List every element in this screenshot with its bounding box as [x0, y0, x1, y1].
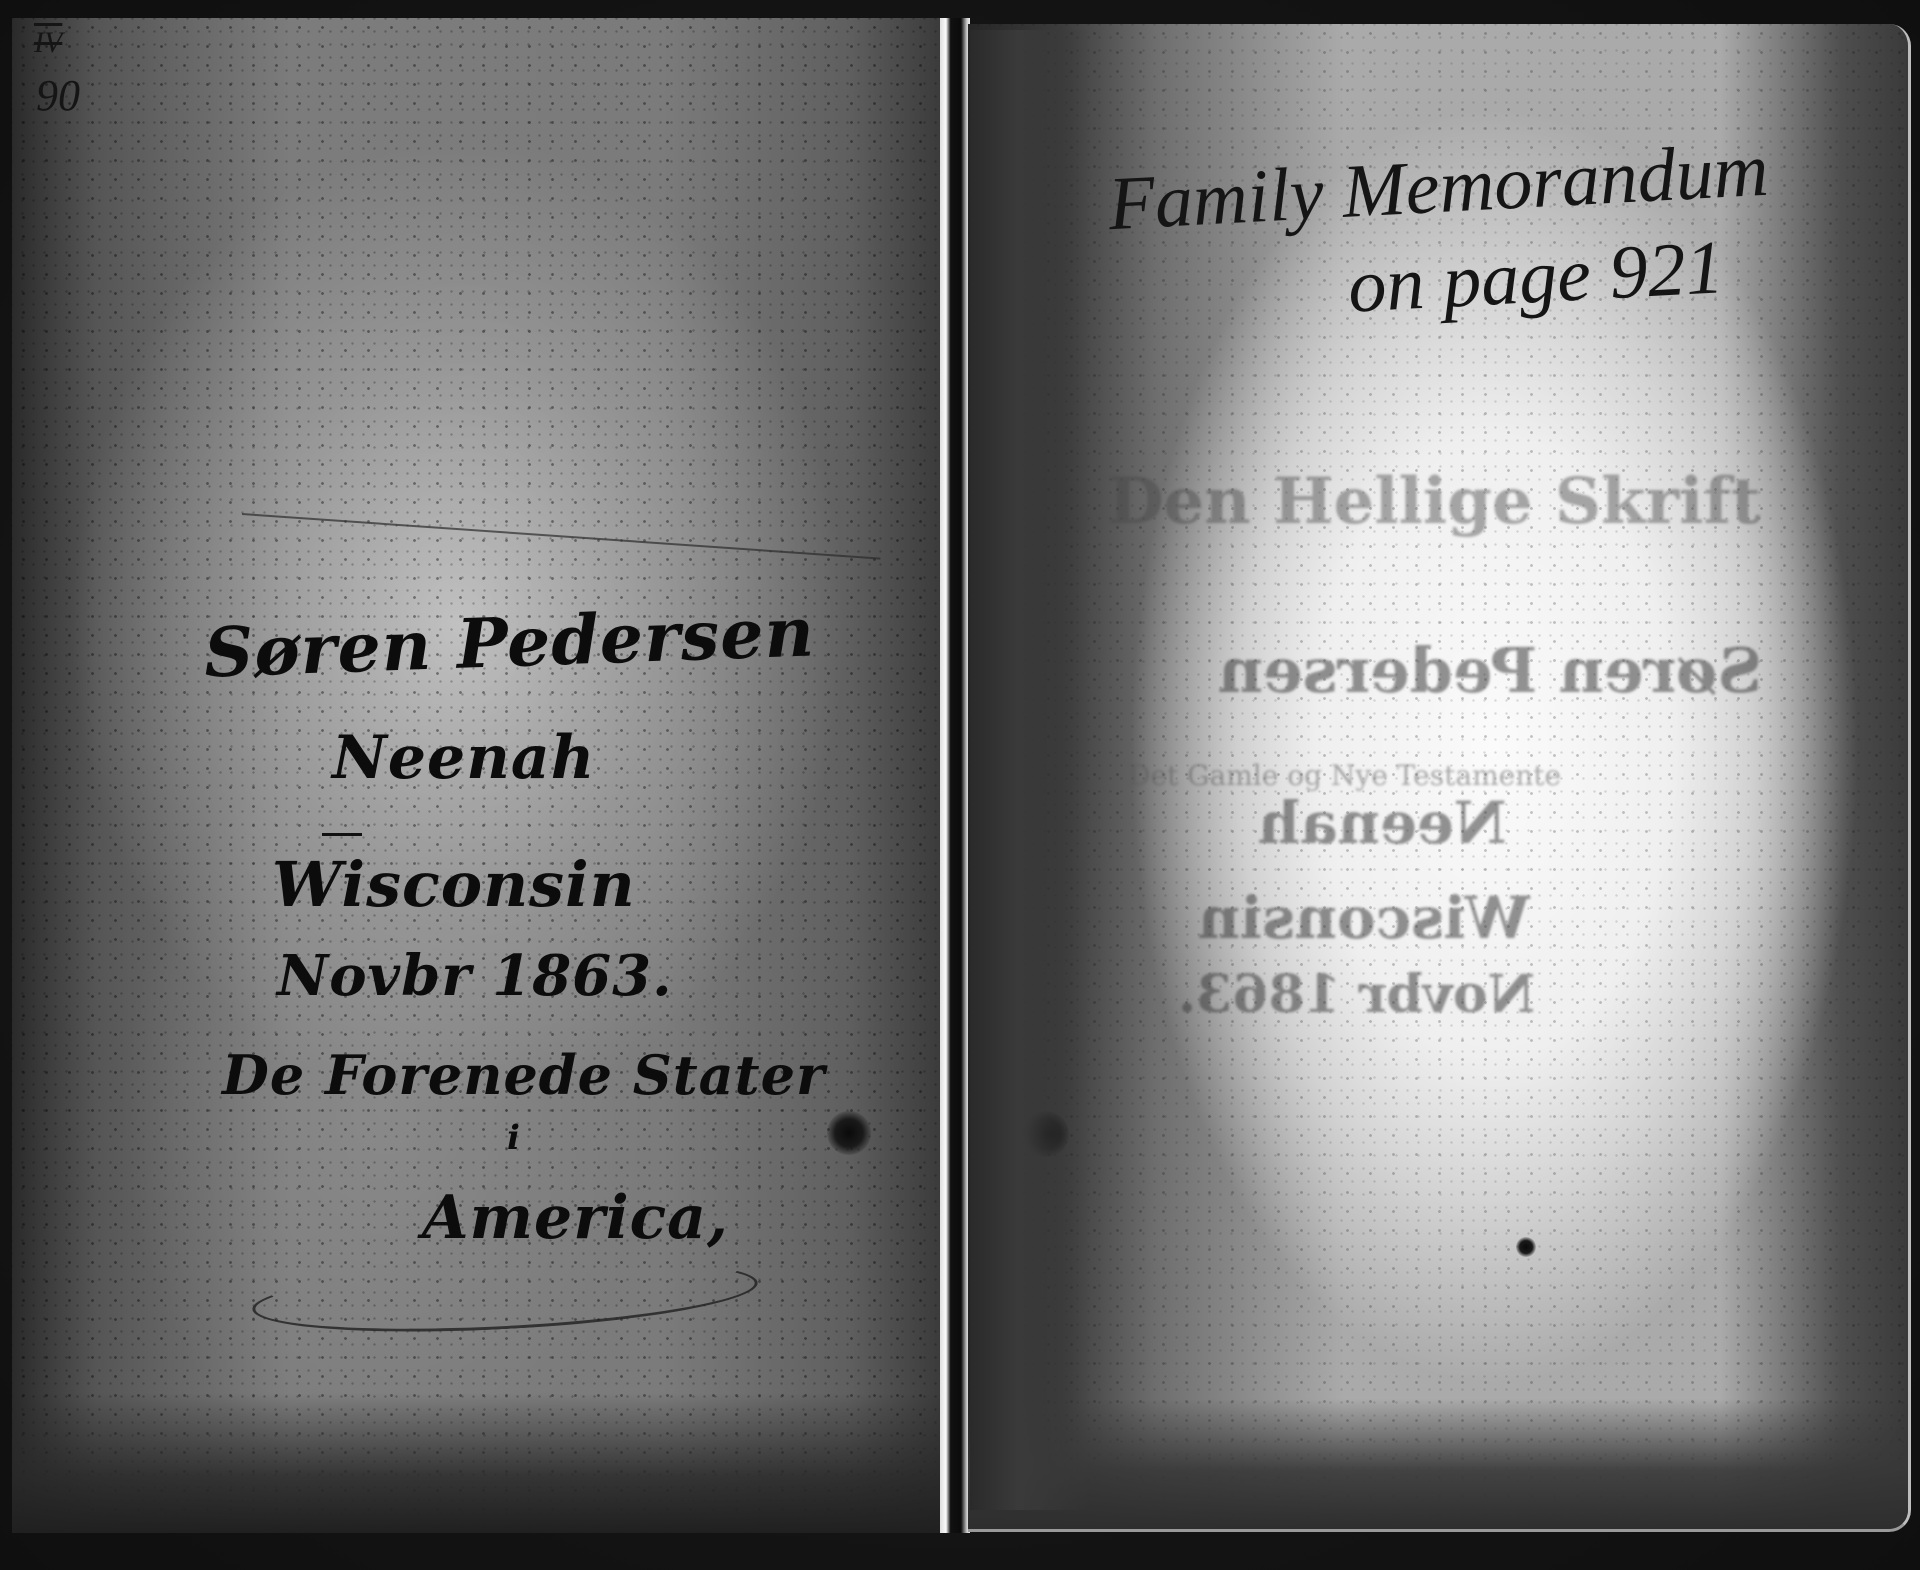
- mirrored-inscription-state: Wisconsin: [1198, 884, 1530, 952]
- page-shadow: [12, 1393, 942, 1533]
- page-shadow: [968, 1399, 1908, 1529]
- left-page-inside-cover: IV 90 Søren Pedersen Neenah Wisconsin No…: [12, 18, 942, 1533]
- faded-printed-title: Den Hellige Skrift: [1108, 464, 1761, 539]
- ink-blot: [827, 1111, 871, 1155]
- mirrored-inscription-name: Søren Pedersen: [1218, 634, 1762, 707]
- inscription-continent: America,: [422, 1183, 729, 1253]
- ink-spot: [1516, 1237, 1536, 1257]
- inscription-town: Neenah: [332, 723, 595, 793]
- book-spine: [940, 18, 970, 1533]
- right-page-title-page: Family Memorandum on page 921 Den Hellig…: [968, 24, 1911, 1532]
- archive-roman-numeral: IV: [34, 26, 62, 60]
- inscription-preposition: i: [507, 1118, 521, 1158]
- inscription-state: Wisconsin: [272, 848, 636, 921]
- archive-folio-number: 90: [36, 70, 80, 121]
- gutter-shadow: [970, 30, 1090, 1510]
- faded-printed-subtitle: Det Gamle og Nye Testamente: [1128, 759, 1561, 792]
- inscription-date: Novbr 1863.: [277, 943, 673, 1009]
- inscription-country: De Forenede Stater: [222, 1043, 825, 1107]
- mirrored-inscription-town: Neenah: [1258, 789, 1507, 857]
- inscription-dash: [322, 833, 362, 836]
- mirrored-inscription-date: Novbr 1863.: [1178, 964, 1535, 1025]
